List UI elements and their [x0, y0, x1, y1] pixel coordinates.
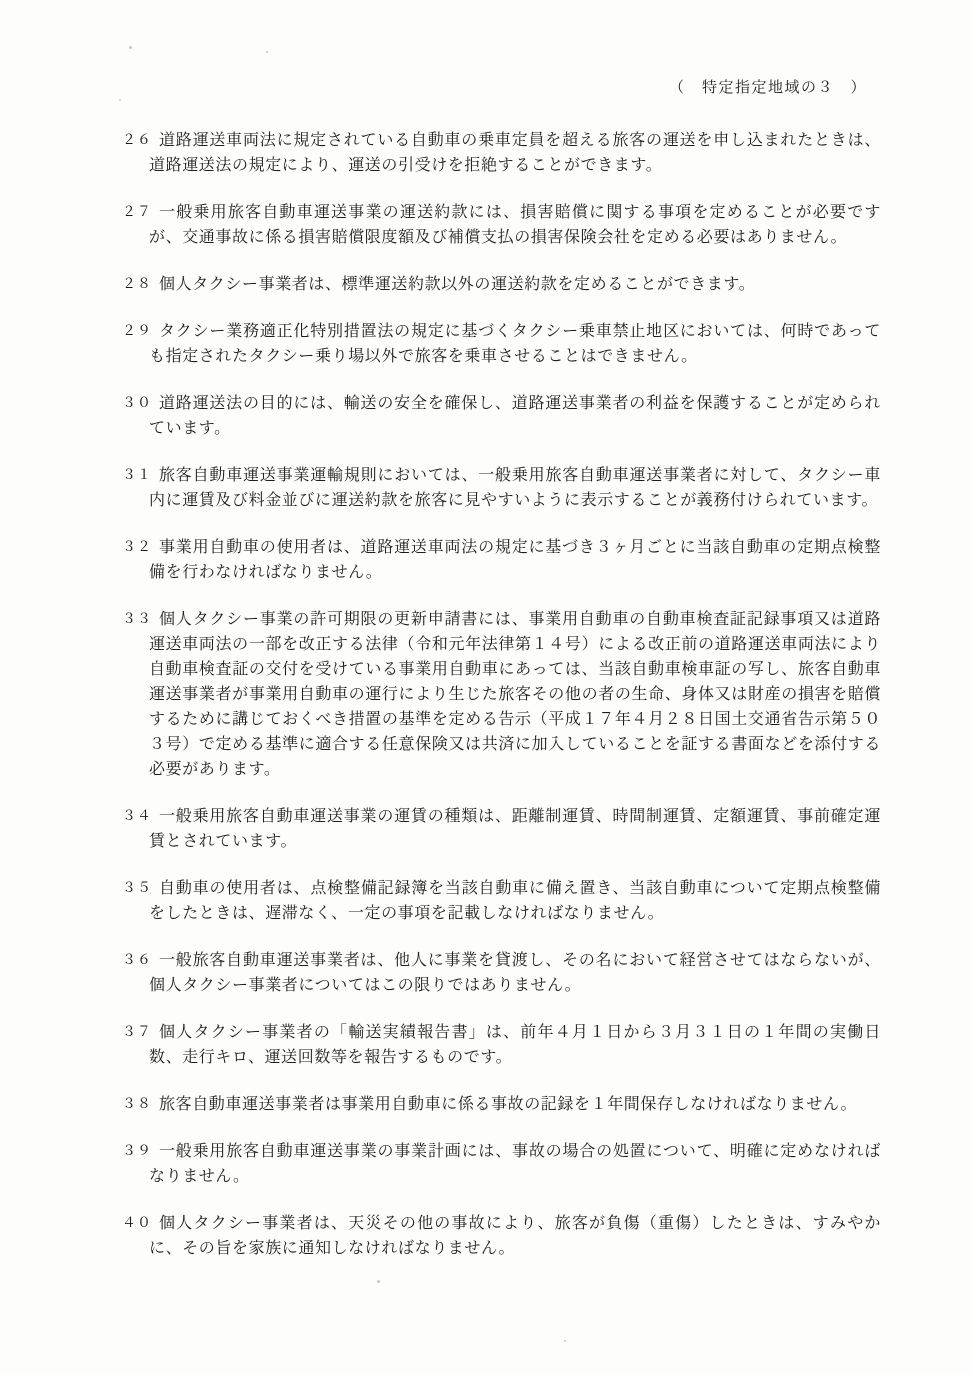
list-item-29: ２９ タクシー業務適正化特別措置法の規定に基づくタクシー乗車禁止地区においては、…	[122, 319, 881, 369]
list-item-40: ４０ 個人タクシー事業者は、天災その他の事故により、旅客が負傷（重傷）したときは…	[122, 1211, 881, 1261]
item-text: 事業用自動車の使用者は、道路運送車両法の規定に基づき３ヶ月ごとに当該自動車の定期…	[149, 535, 881, 585]
item-text: 旅客自動車運送事業者は事業用自動車に係る事故の記録を１年間保存しなければなりませ…	[149, 1092, 881, 1117]
list-item-34: ３４ 一般乗用旅客自動車運送事業の運賃の種類は、距離制運賃、時間制運賃、定額運賃…	[122, 804, 881, 854]
item-text: 自動車の使用者は、点検整備記録簿を当該自動車に備え置き、当該自動車について定期点…	[149, 876, 881, 926]
item-text: 道路運送車両法に規定されている自動車の乗車定員を超える旅客の運送を申し込まれたと…	[149, 128, 881, 178]
list-item-32: ３２ 事業用自動車の使用者は、道路運送車両法の規定に基づき３ヶ月ごとに当該自動車…	[122, 535, 881, 585]
page-header-note: （ 特定指定地域の３ ）	[669, 76, 867, 97]
list-item-38: ３８ 旅客自動車運送事業者は事業用自動車に係る事故の記録を１年間保存しなければな…	[122, 1092, 881, 1117]
item-number: ３３	[122, 607, 149, 632]
item-text: 一般乗用旅客自動車運送事業の事業計画には、事故の場合の処置について、明確に定めな…	[149, 1139, 881, 1189]
item-number: ２６	[122, 128, 149, 153]
list-item-36: ３６ 一般旅客自動車運送事業者は、他人に事業を貸渡し、その名において経営させては…	[122, 948, 881, 998]
scan-speck	[119, 99, 121, 101]
list-item-31: ３１ 旅客自動車運送事業運輸規則においては、一般乗用旅客自動車運送事業者に対して…	[122, 463, 881, 513]
item-number: ３５	[122, 876, 149, 901]
item-number: ３７	[122, 1020, 149, 1045]
list-item-39: ３９ 一般乗用旅客自動車運送事業の事業計画には、事故の場合の処置について、明確に…	[122, 1139, 881, 1189]
item-number: ３２	[122, 535, 149, 560]
item-number: ３９	[122, 1139, 149, 1164]
item-text: 道路運送法の目的には、輸送の安全を確保し、道路運送事業者の利益を保護することが定…	[149, 391, 881, 441]
item-number: ３８	[122, 1092, 149, 1117]
list-item-28: ２８ 個人タクシー事業者は、標準運送約款以外の運送約款を定めることができます。	[122, 272, 881, 297]
item-number: ２８	[122, 272, 149, 297]
list-item-26: ２６ 道路運送車両法に規定されている自動車の乗車定員を超える旅客の運送を申し込ま…	[122, 128, 881, 178]
item-number: ３６	[122, 948, 149, 973]
item-text: 個人タクシー事業者は、標準運送約款以外の運送約款を定めることができます。	[149, 272, 881, 297]
list-item-30: ３０ 道路運送法の目的には、輸送の安全を確保し、道路運送事業者の利益を保護するこ…	[122, 391, 881, 441]
list-item-33: ３３ 個人タクシー事業の許可期限の更新申請書には、事業用自動車の自動車検査証記録…	[122, 607, 881, 782]
list-item-35: ３５ 自動車の使用者は、点検整備記録簿を当該自動車に備え置き、当該自動車について…	[122, 876, 881, 926]
item-number: ３０	[122, 391, 149, 416]
item-text: タクシー業務適正化特別措置法の規定に基づくタクシー乗車禁止地区においては、何時で…	[149, 319, 881, 369]
list-item-37: ３７ 個人タクシー事業者の「輸送実績報告書」は、前年４月１日から３月３１日の１年…	[122, 1020, 881, 1070]
scanned-document-page: （ 特定指定地域の３ ） ２６ 道路運送車両法に規定されている自動車の乗車定員を…	[0, 0, 971, 1374]
item-number: ３１	[122, 463, 149, 488]
item-text: 個人タクシー事業者の「輸送実績報告書」は、前年４月１日から３月３１日の１年間の実…	[149, 1020, 881, 1070]
list-item-27: ２７ 一般乗用旅客自動車運送事業の運送約款には、損害賠償に関する事項を定めること…	[122, 200, 881, 250]
item-number: ４０	[122, 1211, 149, 1236]
item-text: 一般旅客自動車運送事業者は、他人に事業を貸渡し、その名において経営させてはならな…	[149, 948, 881, 998]
item-text: 個人タクシー事業者は、天災その他の事故により、旅客が負傷（重傷）したときは、すみ…	[149, 1211, 881, 1261]
item-number: ２７	[122, 200, 149, 225]
item-text: 旅客自動車運送事業運輸規則においては、一般乗用旅客自動車運送事業者に対して、タク…	[149, 463, 881, 513]
question-list: ２６ 道路運送車両法に規定されている自動車の乗車定員を超える旅客の運送を申し込ま…	[122, 128, 881, 1283]
scan-speck	[266, 51, 268, 53]
item-text: 一般乗用旅客自動車運送事業の運賃の種類は、距離制運賃、時間制運賃、定額運賃、事前…	[149, 804, 881, 854]
item-number: ２９	[122, 319, 149, 344]
scan-speck	[564, 1340, 566, 1342]
item-text: 個人タクシー事業の許可期限の更新申請書には、事業用自動車の自動車検査証記録事項又…	[149, 607, 881, 782]
item-number: ３４	[122, 804, 149, 829]
item-text: 一般乗用旅客自動車運送事業の運送約款には、損害賠償に関する事項を定めることが必要…	[149, 200, 881, 250]
scan-speck	[129, 46, 132, 49]
